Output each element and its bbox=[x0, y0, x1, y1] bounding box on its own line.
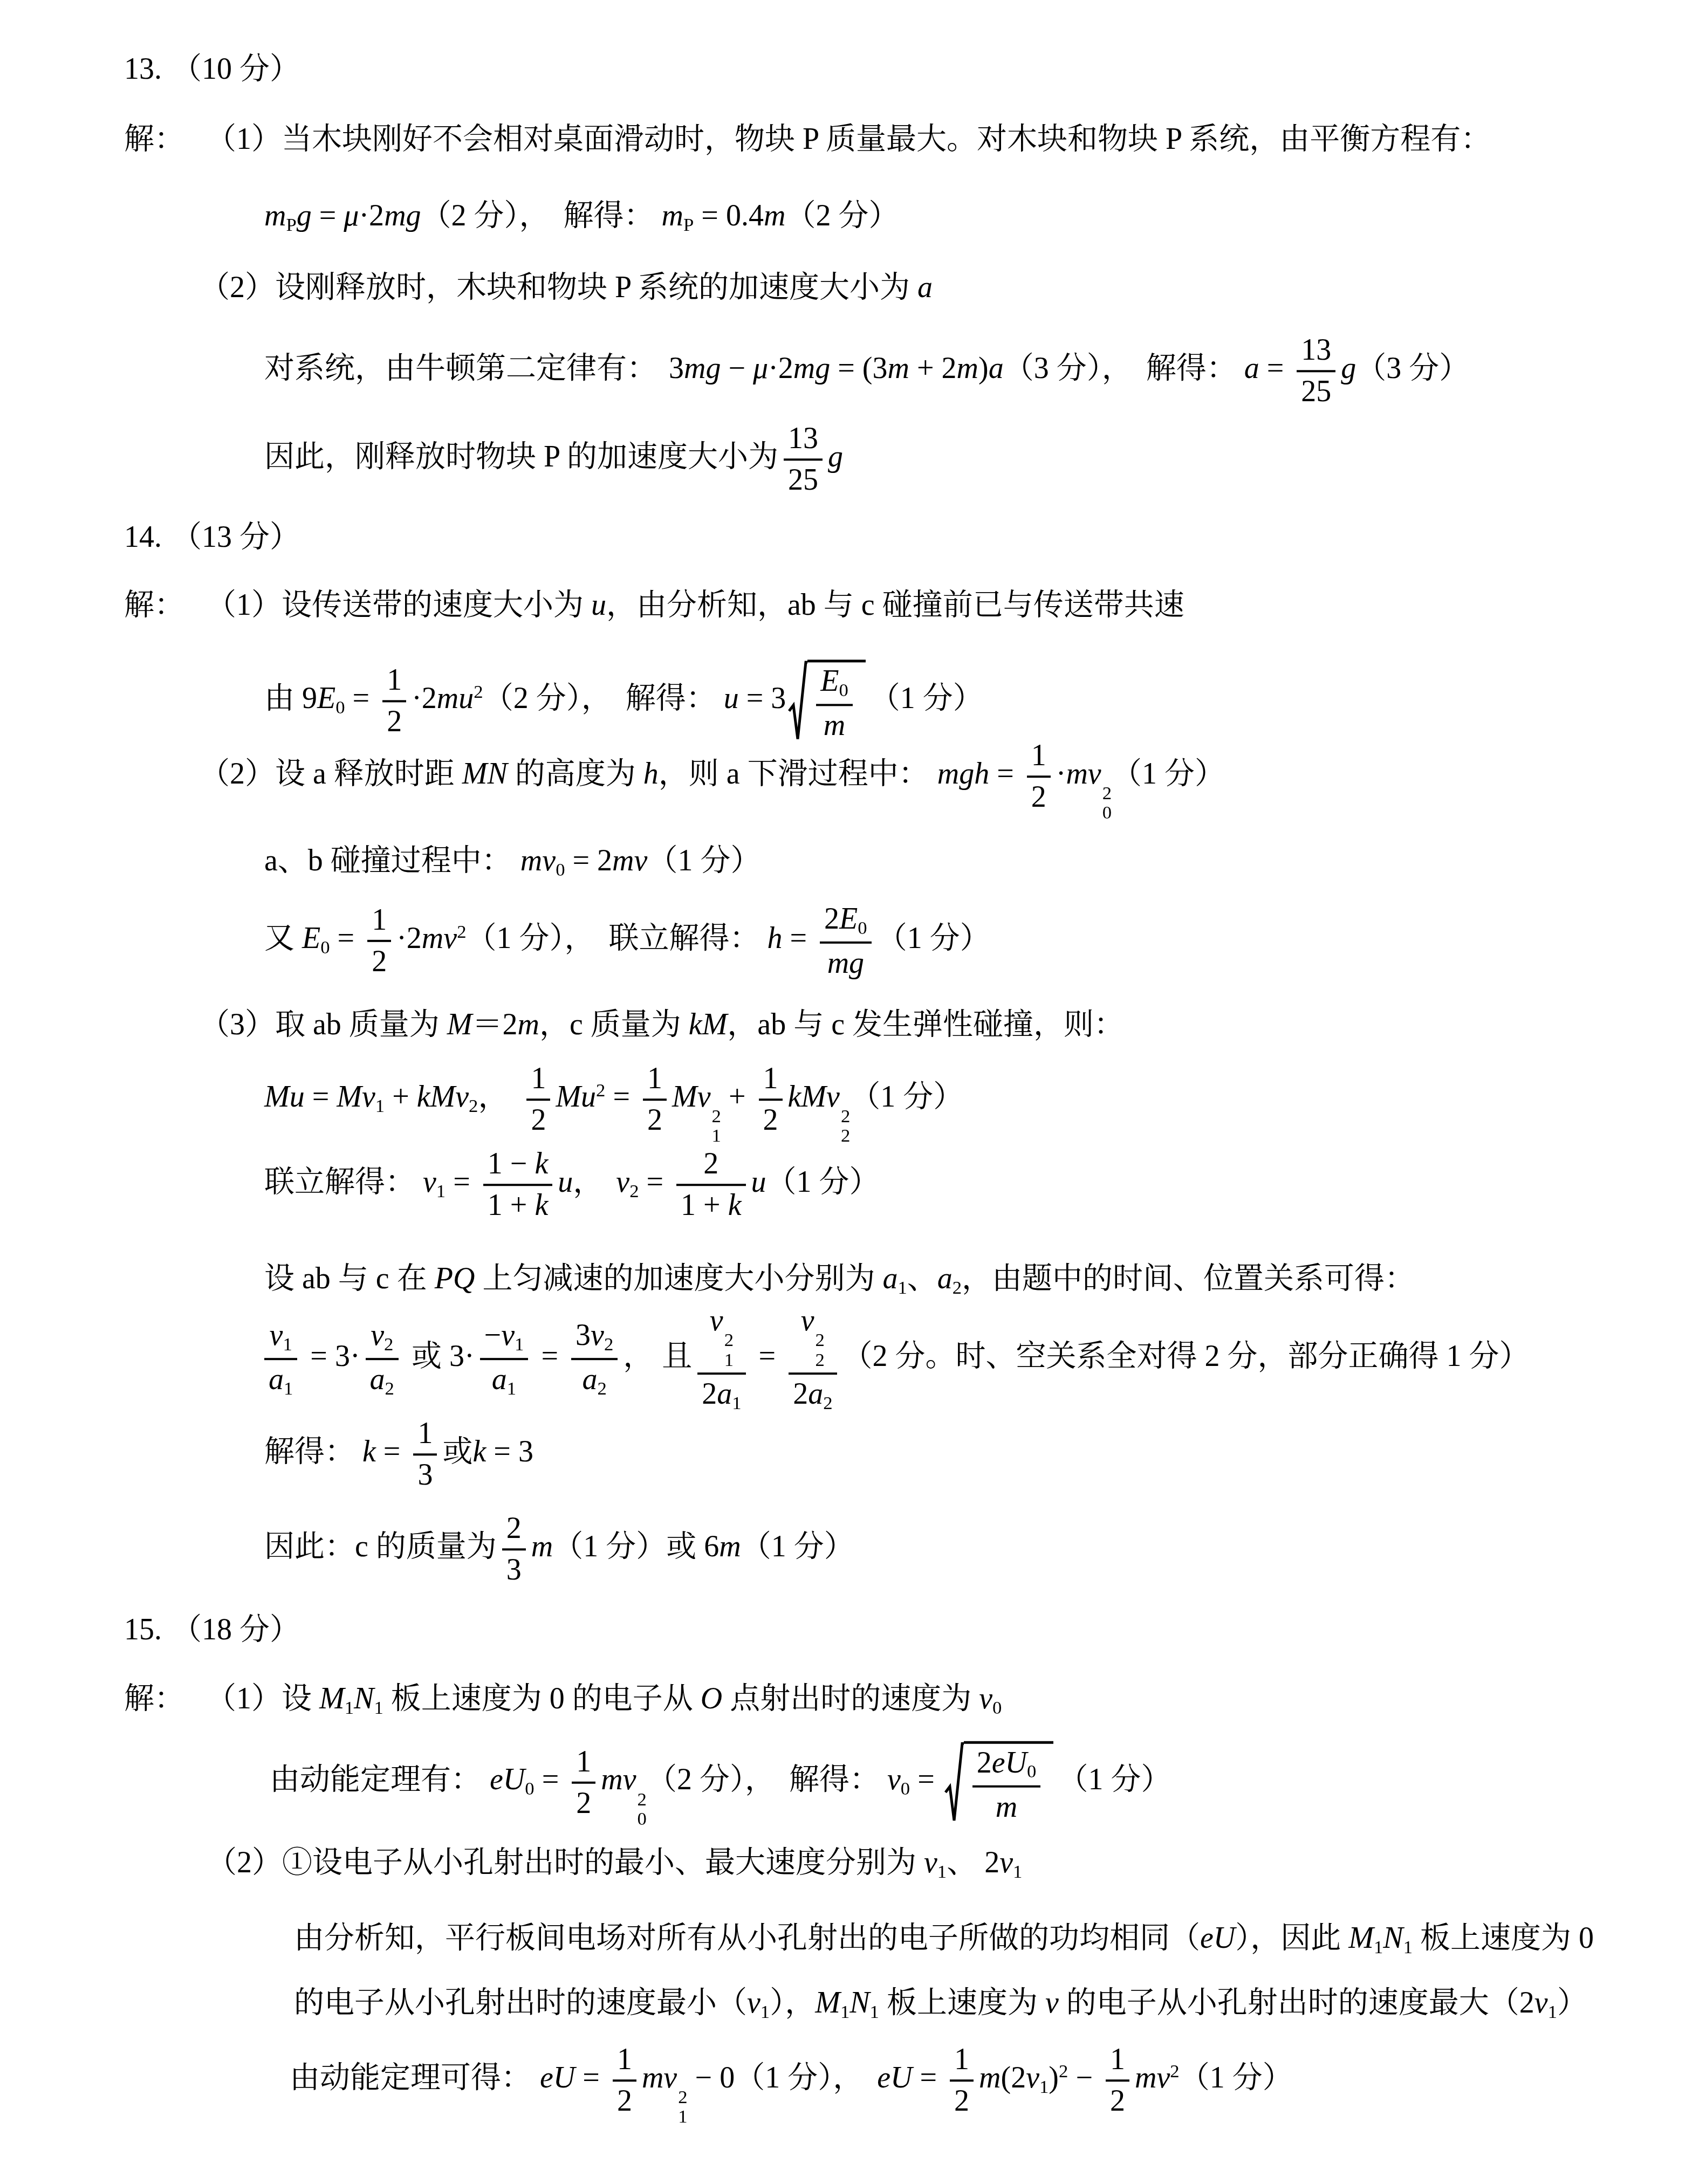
denominator: 25 bbox=[1297, 372, 1335, 409]
math-text: 板上速度为 0 的电子从 bbox=[383, 1682, 701, 1715]
math-var: a bbox=[917, 271, 933, 304]
q14-eq-energy: 由 9E0 = 12·2mu2（2 分），解得：u = 3E0m（1 分） bbox=[264, 660, 983, 742]
denominator: 2 bbox=[613, 2082, 636, 2118]
math-text: 2 bbox=[647, 1103, 662, 1137]
math-var: v bbox=[801, 1304, 814, 1337]
denominator: m bbox=[816, 706, 853, 743]
math-var: E bbox=[302, 922, 320, 955]
fraction: 2eU0m bbox=[972, 1746, 1041, 1824]
math-var: a bbox=[989, 352, 1004, 385]
math-subscript: 2 bbox=[385, 1378, 394, 1399]
math-var: Mu bbox=[264, 1080, 305, 1114]
math-text: 13 bbox=[1301, 333, 1331, 367]
math-text: （1）设 bbox=[206, 1682, 319, 1715]
math-text: 15. bbox=[124, 1613, 162, 1646]
math-superscript: 2 bbox=[1102, 784, 1112, 803]
math-text: ， bbox=[623, 1340, 653, 1373]
math-text: a、b 碰撞过程中： bbox=[264, 844, 512, 877]
math-subscript: 1 bbox=[1403, 1936, 1413, 1958]
math-text: − bbox=[1068, 2061, 1100, 2094]
math-var: u bbox=[724, 682, 739, 715]
math-subscript: 1 bbox=[712, 1126, 721, 1145]
math-var: v bbox=[423, 1165, 436, 1199]
math-text: 的电子从小孔射出时的速度最小（ bbox=[294, 1986, 747, 2020]
math-text: （2 分）， bbox=[483, 682, 612, 715]
q13-eq-newton: 对系统，由牛顿第二定律有：3mg − μ·2mg = (3m + 2m)a（3 … bbox=[264, 333, 1469, 408]
math-text: （2）设刚释放时，木块和物块 P 系统的加速度大小为 bbox=[200, 271, 917, 304]
math-var: k bbox=[535, 1147, 548, 1180]
math-text: 点射出时的速度为 bbox=[722, 1682, 979, 1715]
math-subscript: 1 bbox=[897, 1277, 907, 1298]
denominator: 3 bbox=[413, 1455, 437, 1492]
math-var: v bbox=[1045, 1986, 1059, 2020]
math-subscript: P bbox=[286, 214, 296, 235]
math-var: MN bbox=[462, 757, 508, 791]
fraction: 12 bbox=[572, 1745, 595, 1820]
denominator: m bbox=[972, 1787, 1041, 1824]
math-text: （2）①设电子从小孔射出时的最小、最大速度分别为 bbox=[207, 1846, 924, 1879]
math-text: 13 bbox=[788, 422, 818, 455]
math-text: 3 bbox=[417, 1458, 433, 1492]
math-var: u bbox=[591, 588, 606, 622]
math-superscript: 2 bbox=[724, 1330, 734, 1350]
math-var: kM bbox=[689, 1008, 728, 1041]
math-var: a bbox=[1244, 352, 1259, 385]
math-text: 1 bbox=[1031, 739, 1046, 772]
math-superscript: 2 bbox=[596, 1080, 605, 1101]
math-var: v bbox=[887, 1763, 901, 1796]
math-subscript: 1 bbox=[840, 2001, 849, 2022]
math-text: 1 bbox=[417, 1417, 433, 1450]
math-text: ，ab 与 c 发生弹性碰撞，则： bbox=[727, 1008, 1124, 1041]
math-text: 因此，刚释放时物块 P 的加速度大小为 bbox=[264, 440, 778, 473]
math-text: = bbox=[639, 1165, 671, 1199]
math-text: = bbox=[575, 2061, 607, 2094]
math-text: ，则 a 下滑过程中： bbox=[659, 757, 929, 791]
math-text: 的电子从小孔射出时的速度最大（2 bbox=[1059, 1986, 1534, 2020]
fraction: v1a1 bbox=[264, 1318, 297, 1399]
denominator: a1 bbox=[480, 1360, 529, 1399]
numerator: 1 bbox=[1106, 2043, 1129, 2082]
math-text: 2 bbox=[763, 1103, 778, 1137]
answer-sheet-page: 13.（10 分） 解：（1）当木块刚好不会相对桌面滑动时，物块 P 质量最大。… bbox=[0, 0, 1706, 2184]
math-superscript: 2 bbox=[816, 1330, 825, 1350]
math-subscript: 1 bbox=[283, 1334, 292, 1355]
math-subscript: 1 bbox=[1374, 1936, 1383, 1958]
math-var: g bbox=[828, 440, 843, 473]
math-text: 1 bbox=[954, 2043, 969, 2076]
fraction: 12 bbox=[759, 1062, 783, 1137]
math-text: + bbox=[385, 1080, 417, 1114]
math-superscript: 2 bbox=[457, 921, 466, 942]
math-var: m bbox=[824, 709, 845, 742]
math-var: v bbox=[747, 1986, 760, 2020]
denominator: 2 bbox=[382, 702, 406, 739]
fraction: 12 bbox=[382, 663, 406, 738]
math-text: 1 + bbox=[488, 1189, 535, 1222]
math-text: 解得： bbox=[564, 199, 654, 232]
math-text: = bbox=[989, 757, 1022, 791]
math-subscript: 2 bbox=[841, 1126, 850, 1145]
math-text: = (3 bbox=[830, 352, 887, 385]
q13-solution-step1: 解：（1）当木块刚好不会相对桌面滑动时，物块 P 质量最大。对木块和物块 P 系… bbox=[124, 120, 1491, 158]
math-var: a bbox=[808, 1377, 823, 1411]
math-subscript: 1 bbox=[1548, 2001, 1557, 2022]
math-var: M bbox=[815, 1986, 840, 2020]
q15-step2-intro: （2）①设电子从小孔射出时的最小、最大速度分别为 v1、 2v1 bbox=[207, 1844, 1022, 1883]
math-text: 3 bbox=[575, 1318, 591, 1352]
math-var: E bbox=[820, 664, 839, 698]
denominator: 2a2 bbox=[789, 1375, 837, 1414]
math-text: ) bbox=[1049, 2061, 1059, 2094]
math-var: m bbox=[531, 1530, 553, 1563]
denominator: 1 + k bbox=[483, 1186, 552, 1223]
math-text: = bbox=[535, 1763, 567, 1796]
math-subscript: 1 bbox=[1013, 1861, 1022, 1882]
math-var: eU bbox=[1200, 1921, 1235, 1955]
math-superscript: 2 bbox=[1059, 2061, 1068, 2082]
sqrt: 2eU0m bbox=[944, 1741, 1054, 1824]
math-var: m bbox=[996, 1790, 1017, 1823]
math-text: ， bbox=[478, 1080, 508, 1114]
math-text: （3）取 ab 质量为 bbox=[200, 1008, 447, 1041]
math-var: a bbox=[717, 1377, 732, 1411]
math-text: （13 分） bbox=[172, 520, 300, 554]
math-text: = 2 bbox=[565, 844, 613, 877]
math-text: 解： bbox=[124, 122, 184, 156]
q13-step2-intro: （2）设刚释放时，木块和物块 P 系统的加速度大小为 a bbox=[200, 269, 933, 306]
numerator: 1 − k bbox=[483, 1147, 552, 1186]
math-var: v bbox=[501, 1318, 515, 1352]
q15-eq-workenergy2: 由动能定理可得：eU = 12mv21 − 0（1 分），eU = 12m(2v… bbox=[290, 2043, 1293, 2127]
math-var: Mv bbox=[672, 1080, 711, 1114]
math-text: （3 分）， bbox=[1004, 352, 1132, 385]
math-text: （10 分） bbox=[172, 52, 300, 86]
math-text: = 3· bbox=[303, 1340, 360, 1373]
math-text: = bbox=[912, 2061, 944, 2094]
math-text: = bbox=[605, 1080, 638, 1114]
math-var: a bbox=[370, 1363, 385, 1396]
math-subscript: 2 bbox=[604, 1334, 613, 1355]
math-text: ·2 bbox=[768, 352, 793, 385]
numerator: 1 bbox=[643, 1062, 667, 1101]
fraction: 13 bbox=[413, 1417, 437, 1492]
math-var: mgh bbox=[937, 757, 989, 791]
math-text: （1）设传送带的速度大小为 bbox=[206, 588, 591, 622]
math-subscript: 2 bbox=[384, 1334, 393, 1355]
math-text: = bbox=[910, 1763, 942, 1796]
fraction: v2a2 bbox=[366, 1318, 399, 1399]
math-text: （1 分）， bbox=[466, 922, 594, 955]
math-text: 2 bbox=[387, 705, 402, 738]
math-subscript: 1 bbox=[507, 1378, 516, 1399]
math-var: a bbox=[492, 1363, 507, 1396]
math-text: （1 分） bbox=[766, 1165, 880, 1199]
math-var: mg bbox=[827, 946, 864, 979]
math-text: （1 分） bbox=[1058, 1763, 1171, 1796]
math-text: （3 分） bbox=[1356, 352, 1469, 385]
fraction: 2E0mg bbox=[820, 902, 872, 980]
math-text: （1 分） bbox=[741, 1530, 854, 1563]
numerator: −v1 bbox=[480, 1318, 529, 1360]
q14-step2-intro: （2）设 a 释放时距 MN 的高度为 h，则 a 下滑过程中：mgh = 12… bbox=[200, 739, 1225, 823]
numerator: v1 bbox=[264, 1318, 297, 1360]
denominator: 2a1 bbox=[697, 1375, 745, 1414]
math-text: ） bbox=[1557, 1986, 1587, 2020]
math-var: kMv bbox=[417, 1080, 469, 1114]
denominator: 2 bbox=[367, 942, 391, 979]
math-text: 14. bbox=[124, 520, 162, 554]
math-text: = bbox=[446, 1165, 478, 1199]
math-superscript: 2 bbox=[712, 1107, 721, 1126]
numerator: 1 bbox=[1027, 739, 1051, 778]
math-text: ) bbox=[978, 352, 989, 385]
math-var: N bbox=[849, 1986, 869, 2020]
math-superscript: 2 bbox=[638, 1789, 647, 1809]
math-var: mv bbox=[612, 844, 647, 877]
math-var: v bbox=[979, 1682, 992, 1715]
math-text: 1 bbox=[576, 1745, 591, 1778]
fraction: E0m bbox=[816, 664, 853, 742]
denominator: 2 bbox=[759, 1101, 783, 1137]
math-var: v bbox=[270, 1318, 283, 1352]
math-var: mg bbox=[793, 352, 830, 385]
math-var: g bbox=[1341, 352, 1356, 385]
math-var: mv bbox=[1066, 757, 1101, 791]
math-text: ，由题中的时间、位置关系可得： bbox=[962, 1262, 1415, 1295]
math-var: m bbox=[979, 2061, 1001, 2094]
math-var: v bbox=[1534, 1986, 1548, 2020]
math-text: 2 bbox=[977, 1746, 992, 1780]
math-var: m bbox=[662, 199, 683, 232]
math-text: 对系统，由牛顿第二定律有： bbox=[264, 352, 657, 385]
math-text: 2 bbox=[531, 1103, 546, 1137]
math-text: （2 分）， bbox=[421, 199, 550, 232]
math-var: N bbox=[1383, 1921, 1403, 1955]
math-text: = bbox=[376, 1435, 408, 1468]
math-text: = bbox=[533, 1340, 566, 1373]
math-subscript: 1 bbox=[870, 2001, 879, 2022]
math-text: 解得： bbox=[264, 1435, 355, 1468]
math-text: = bbox=[305, 1080, 337, 1114]
math-text: 且 bbox=[662, 1340, 692, 1373]
math-subscript: 0 bbox=[992, 1697, 1002, 1718]
math-text: ·2 bbox=[359, 199, 384, 232]
q14-eq-elastic: Mu = Mv1 + kMv2，12Mu2 = 12Mv21 + 12kMv22… bbox=[264, 1062, 963, 1146]
math-var: N bbox=[354, 1682, 374, 1715]
math-subscript: 0 bbox=[1027, 1761, 1036, 1782]
denominator: 2 bbox=[950, 2082, 974, 2118]
math-subscript: 2 bbox=[816, 1350, 825, 1370]
math-text: 1 bbox=[531, 1062, 546, 1095]
math-text: ＝2 bbox=[472, 1008, 518, 1041]
math-text: = bbox=[345, 682, 378, 715]
math-text: 2 bbox=[506, 1512, 522, 1545]
sqrt: E0m bbox=[788, 660, 866, 742]
fraction: 1325 bbox=[784, 422, 823, 497]
math-supsub: 20 bbox=[1102, 784, 1112, 823]
math-text: ）， bbox=[770, 1986, 815, 2020]
numerator: v2 bbox=[366, 1318, 399, 1360]
q13-eq-equilibrium: mPg = μ·2mg（2 分），解得：mP = 0.4m（2 分） bbox=[264, 197, 899, 236]
denominator: mg bbox=[820, 943, 872, 980]
math-text: 1 bbox=[647, 1062, 662, 1095]
math-subscript: 1 bbox=[760, 2001, 770, 2022]
q15-solution-step1: 解：（1）设 M1N1 板上速度为 0 的电子从 O 点射出时的速度为 v0 bbox=[124, 1680, 1002, 1719]
math-var: O bbox=[701, 1682, 722, 1715]
numerator: 1 bbox=[572, 1745, 595, 1784]
fraction: 12 bbox=[367, 903, 391, 978]
math-text: 由动能定理可得： bbox=[290, 2061, 531, 2094]
math-text: − 0（1 分）， bbox=[688, 2061, 864, 2094]
denominator: 3 bbox=[502, 1550, 526, 1587]
math-var: kMv bbox=[788, 1080, 840, 1114]
q14-step3-intro: （3）取 ab 质量为 M＝2m，c 质量为 kM，ab 与 c 发生弹性碰撞，… bbox=[200, 1006, 1124, 1043]
radical-icon bbox=[944, 1741, 964, 1824]
math-text: 、 2 bbox=[947, 1846, 999, 1879]
math-text: = bbox=[782, 922, 814, 955]
math-var: h bbox=[767, 922, 782, 955]
math-text: 由 9 bbox=[264, 682, 317, 715]
numerator: 3v2 bbox=[571, 1318, 618, 1360]
math-text: 2 bbox=[617, 2084, 632, 2118]
fraction: 12 bbox=[1027, 739, 1051, 814]
math-superscript: 2 bbox=[1170, 2061, 1179, 2082]
math-var: u bbox=[751, 1165, 766, 1199]
question-13-heading: 13.（10 分） bbox=[124, 50, 300, 88]
math-text: （18 分） bbox=[172, 1613, 300, 1646]
math-text: （2 分）， bbox=[647, 1763, 775, 1796]
math-text: 2 bbox=[954, 2084, 969, 2118]
fraction: 23 bbox=[502, 1512, 526, 1587]
math-text: = 3 bbox=[739, 682, 786, 715]
math-var: u bbox=[558, 1165, 573, 1199]
math-subscript: 1 bbox=[374, 1697, 383, 1718]
numerator: 13 bbox=[1297, 333, 1335, 372]
math-var: v bbox=[591, 1318, 604, 1352]
math-text: 联立解得： bbox=[608, 922, 759, 955]
math-text: 上匀减速的加速度大小分别为 bbox=[475, 1262, 882, 1295]
math-text: 2 bbox=[1031, 780, 1046, 814]
math-text: 解： bbox=[124, 588, 184, 622]
q14-pq-intro: 设 ab 与 c 在 PQ 上匀减速的加速度大小分别为 a1、a2，由题中的时间… bbox=[264, 1260, 1415, 1299]
q14-eq-kinematics: v1a1 = 3·v2a2 或 3·−v1a1 = 3v2a2，且v212a1 … bbox=[259, 1304, 1530, 1414]
math-subscript: 1 bbox=[345, 1697, 354, 1718]
math-subscript: 0 bbox=[320, 937, 330, 958]
fraction: −v1a1 bbox=[480, 1318, 529, 1399]
math-subscript: 1 bbox=[515, 1334, 524, 1355]
math-var: μ bbox=[344, 199, 359, 232]
math-subscript: 0 bbox=[1102, 803, 1112, 822]
radical-icon bbox=[788, 660, 807, 742]
math-text: ，c 质量为 bbox=[539, 1008, 689, 1041]
math-subscript: 1 bbox=[678, 2107, 687, 2126]
math-subscript: P bbox=[683, 214, 694, 235]
math-text: （1 分） bbox=[850, 1080, 963, 1114]
math-var: eU bbox=[992, 1746, 1027, 1780]
math-text: 设 ab 与 c 在 bbox=[264, 1262, 435, 1295]
denominator: a1 bbox=[264, 1360, 297, 1399]
math-text: 3 bbox=[669, 352, 684, 385]
math-text: （2）设 a 释放时距 bbox=[200, 757, 462, 791]
denominator: 2 bbox=[643, 1101, 667, 1137]
denominator: a2 bbox=[571, 1360, 618, 1399]
math-superscript: 2 bbox=[841, 1107, 850, 1126]
math-var: mv bbox=[1135, 2061, 1170, 2094]
math-var: a bbox=[882, 1262, 897, 1295]
sqrt-body: E0m bbox=[807, 660, 866, 742]
q14-conclusion: 因此：c 的质量为23m（1 分）或 6m（1 分） bbox=[264, 1512, 854, 1587]
math-text: （1 分） bbox=[1180, 2061, 1293, 2094]
math-var: m bbox=[264, 199, 286, 232]
numerator: 1 bbox=[950, 2043, 974, 2082]
math-superscript: 2 bbox=[678, 2087, 687, 2107]
math-var: k bbox=[535, 1189, 548, 1222]
math-text: 2 bbox=[824, 902, 839, 936]
math-var: PQ bbox=[435, 1262, 475, 1295]
math-supsub: 21 bbox=[724, 1330, 734, 1370]
math-subscript: 0 bbox=[638, 1809, 647, 1829]
math-subscript: 2 bbox=[469, 1095, 478, 1116]
math-var: mg bbox=[684, 352, 721, 385]
math-var: m bbox=[888, 352, 909, 385]
q14-eq-energy2: 又 E0 = 12·2mv2（1 分），联立解得：h = 2E0mg（1 分） bbox=[264, 902, 990, 980]
math-text: = 3 bbox=[486, 1435, 533, 1468]
math-text: 由动能定理有： bbox=[270, 1763, 481, 1796]
math-var: mu bbox=[437, 682, 474, 715]
numerator: 2E0 bbox=[820, 902, 872, 944]
numerator: 2 bbox=[676, 1147, 745, 1186]
math-var: m bbox=[719, 1530, 741, 1563]
math-text: 2 bbox=[372, 945, 387, 978]
math-var: E bbox=[839, 902, 858, 936]
math-var: m bbox=[764, 199, 785, 232]
q15-analysis-2: 的电子从小孔射出时的速度最小（v1），M1N1 板上速度为 v 的电子从小孔射出… bbox=[294, 1984, 1587, 2023]
denominator: 2 bbox=[1027, 778, 1051, 814]
numerator: 13 bbox=[784, 422, 823, 461]
math-var: g bbox=[297, 199, 312, 232]
math-var: v bbox=[616, 1165, 629, 1199]
math-var: eU bbox=[490, 1763, 525, 1796]
math-var: μ bbox=[753, 352, 768, 385]
math-supsub: 21 bbox=[712, 1107, 721, 1146]
math-text: 2 bbox=[703, 1147, 718, 1180]
math-subscript: 0 bbox=[335, 697, 345, 718]
math-text: 、 bbox=[907, 1262, 937, 1295]
numerator: 1 bbox=[367, 903, 391, 942]
math-subscript: 1 bbox=[375, 1095, 385, 1116]
math-text: （1 分） bbox=[1112, 757, 1225, 791]
math-text: 1 bbox=[387, 663, 402, 697]
math-text: = 0.4 bbox=[694, 199, 764, 232]
numerator: 2 bbox=[502, 1512, 526, 1550]
question-15-heading: 15.（18 分） bbox=[124, 1611, 300, 1649]
math-text: 解得： bbox=[1146, 352, 1237, 385]
sqrt-body: 2eU0m bbox=[964, 1741, 1054, 1824]
math-subscript: 2 bbox=[823, 1392, 832, 1413]
math-text: 1 bbox=[372, 903, 387, 937]
math-text: （1 分）或 6 bbox=[553, 1530, 719, 1563]
math-subscript: 1 bbox=[724, 1350, 734, 1370]
math-subscript: 1 bbox=[937, 1861, 947, 1882]
math-text: 25 bbox=[788, 463, 818, 497]
math-supsub: 20 bbox=[638, 1789, 647, 1829]
math-var: eU bbox=[540, 2061, 575, 2094]
denominator: 2 bbox=[1106, 2082, 1129, 2118]
math-var: mv bbox=[520, 844, 556, 877]
numerator: v21 bbox=[697, 1304, 745, 1375]
math-text: 板上速度为 bbox=[879, 1986, 1045, 2020]
